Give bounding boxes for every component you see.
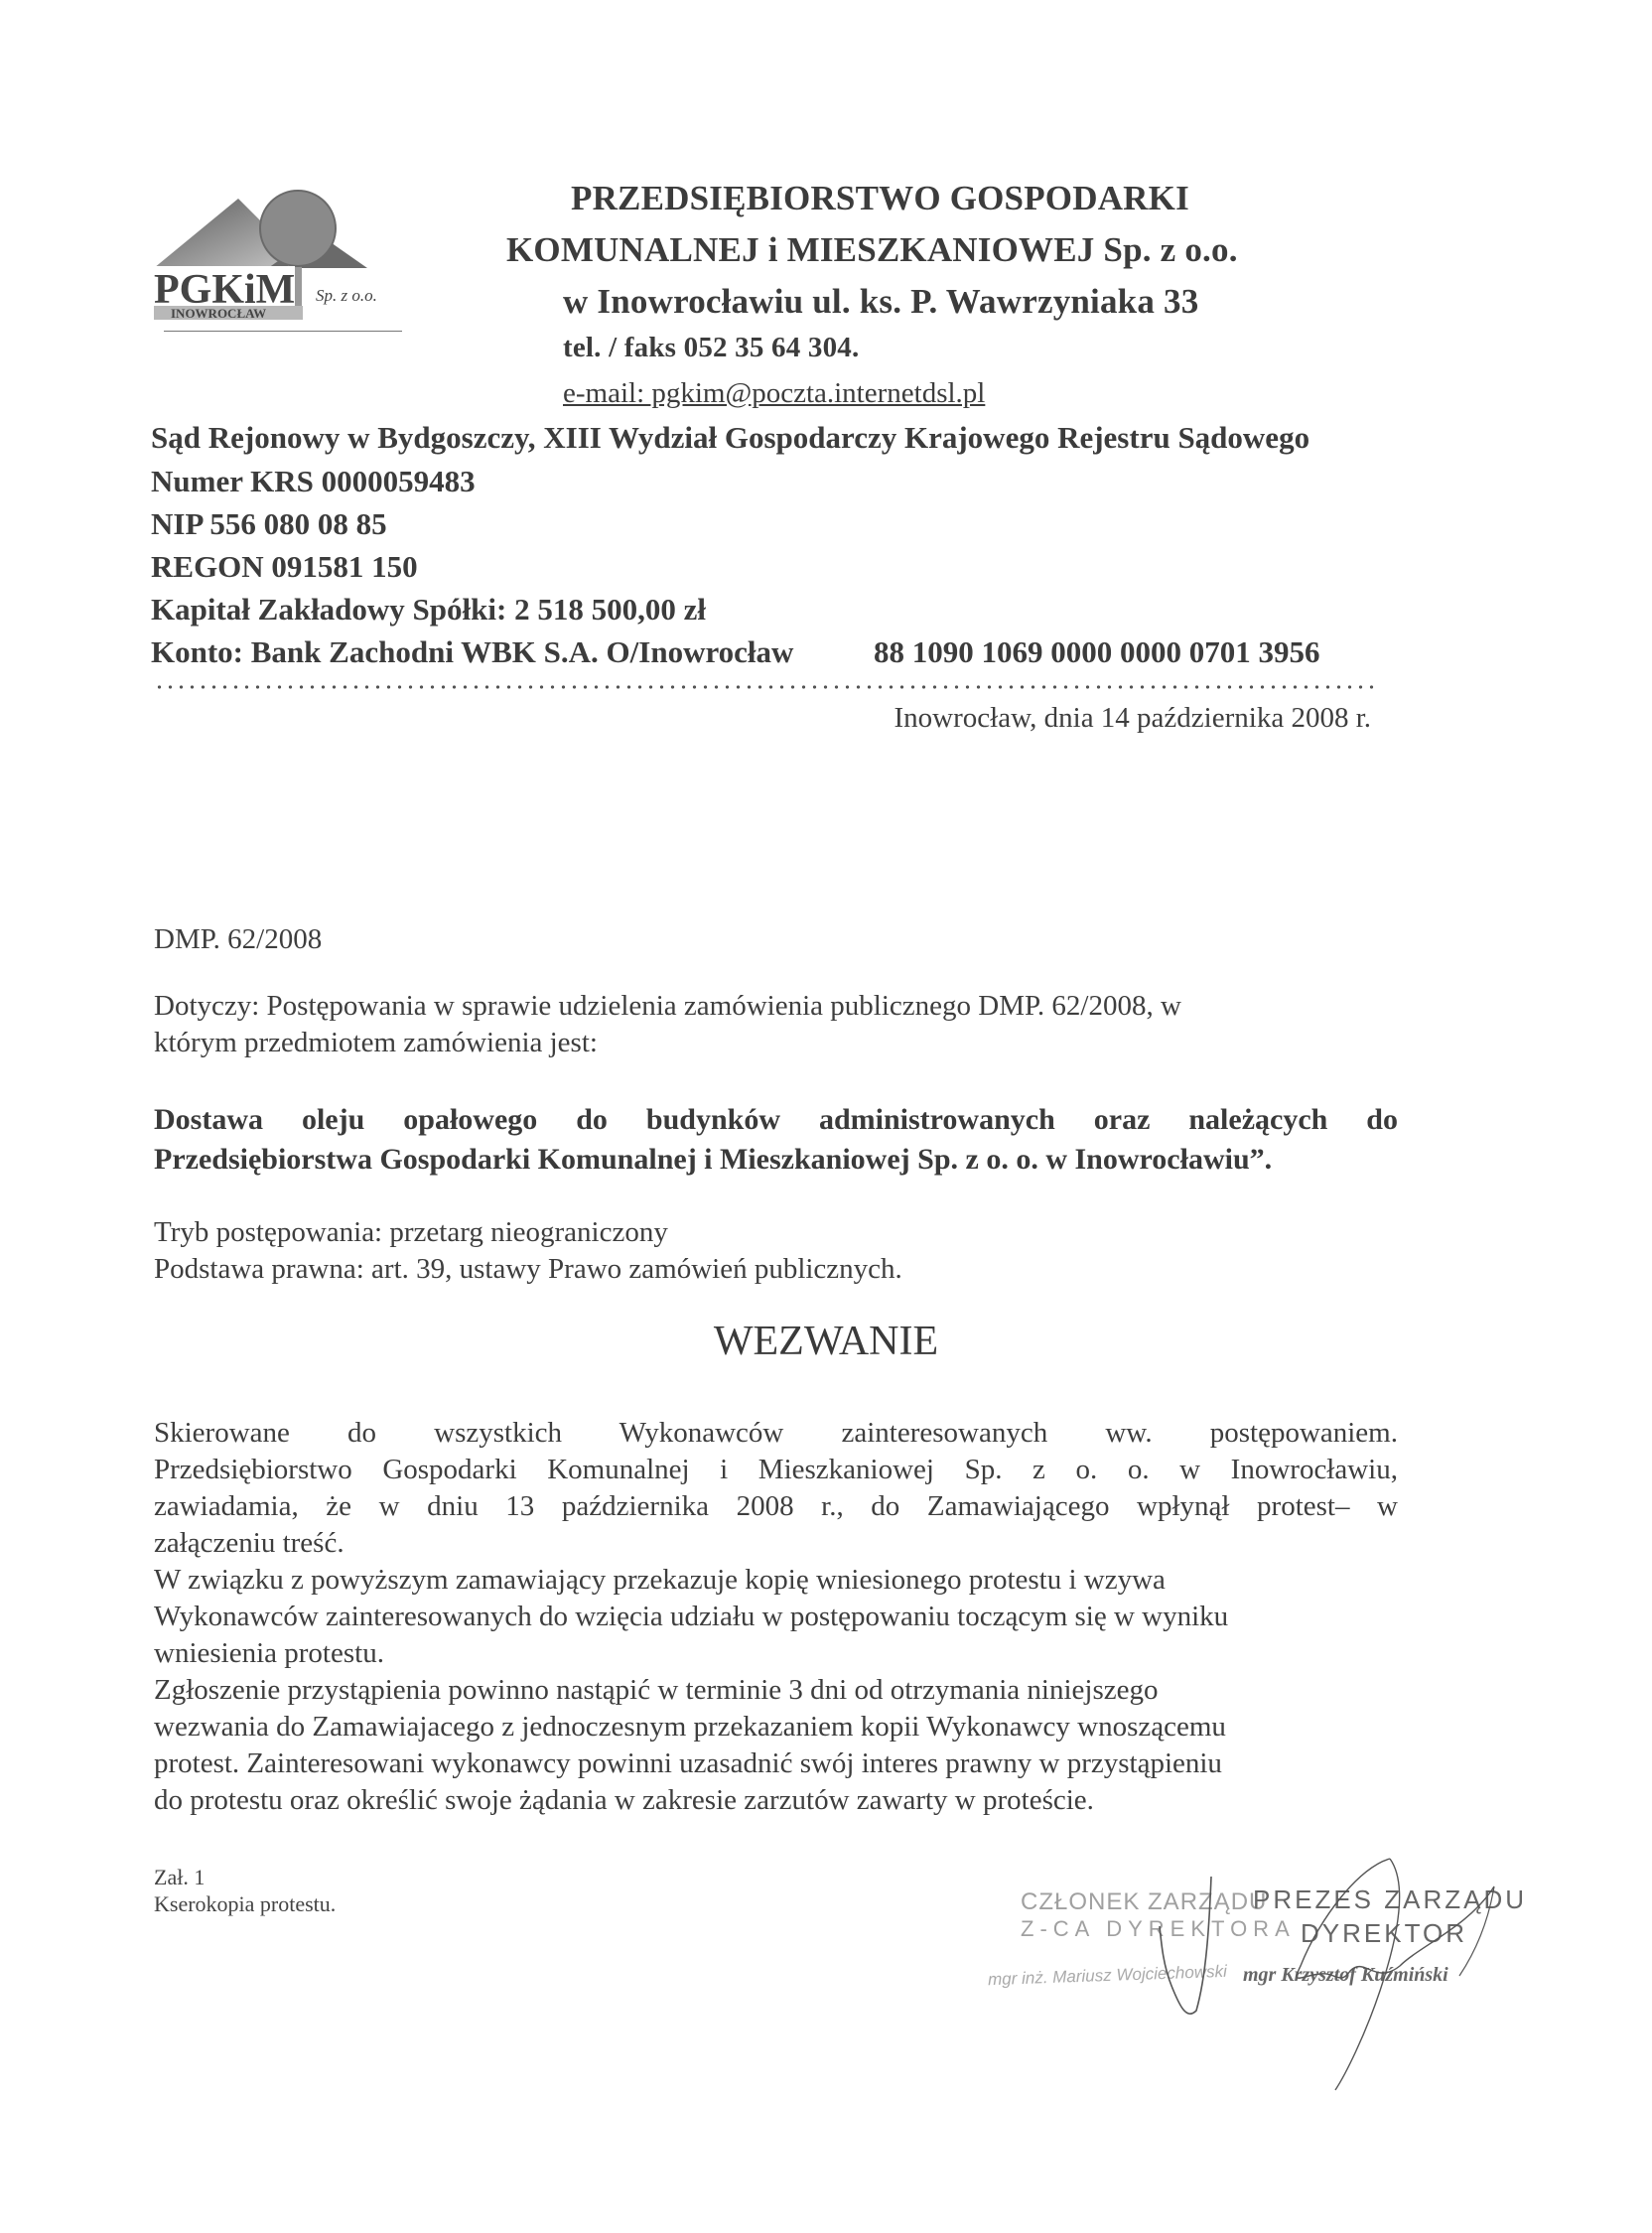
reference-number: DMP. 62/2008 (154, 923, 322, 956)
company-name-line1: PRZEDSIĘBIORSTWO GOSPODARKI (571, 179, 1189, 218)
body-p2-line3: wniesienia protestu. (154, 1637, 384, 1670)
order-title-line1: Dostawa oleju opałowego do budynków admi… (154, 1103, 1398, 1137)
place-date: Inowrocław, dnia 14 października 2008 r. (895, 702, 1371, 735)
body-p3-line2: wezwania do Zamawiajacego z jednoczesnym… (154, 1711, 1226, 1744)
body-p1-line2: Przedsiębiorstwo Gospodarki Komunalnej i… (154, 1454, 1398, 1486)
logo-underline (164, 331, 402, 332)
body-p3-line4: do protestu oraz określić swoje żądania … (154, 1784, 1094, 1817)
company-address: w Inowrocławiu ul. ks. P. Wawrzyniaka 33 (563, 282, 1198, 322)
company-logo: PGKiM INOWROCŁAW Sp. z o.o. (149, 179, 407, 338)
company-name-line2: KOMUNALNEJ i MIESZKANIOWEJ Sp. z o.o. (506, 230, 1238, 270)
body-p1-line4: załączeniu treść. (154, 1527, 344, 1560)
subject-line2: którym przedmiotem zamówienia jest: (154, 1027, 598, 1059)
document-heading: WEZWANIE (0, 1318, 1652, 1365)
handwritten-signature-icon (993, 1827, 1588, 2095)
registry-regon: REGON 091581 150 (151, 549, 418, 585)
registry-bank: Konto: Bank Zachodni WBK S.A. O/Inowrocł… (151, 634, 793, 670)
signature-block: CZŁONEK ZARZĄDU Z-CA DYREKTORA mgr inż. … (993, 1827, 1588, 2095)
registry-capital: Kapitał Zakładowy Spółki: 2 518 500,00 z… (151, 592, 706, 628)
body-p3-line1: Zgłoszenie przystąpienia powinno nastąpi… (154, 1674, 1159, 1707)
registry-nip: NIP 556 080 08 85 (151, 506, 387, 542)
body-p1-line1: Skierowane do wszystkich Wykonawców zain… (154, 1417, 1398, 1450)
registry-krs: Numer KRS 0000059483 (151, 464, 476, 499)
body-p2-line2: Wykonawców zainteresowanych do wzięcia u… (154, 1601, 1228, 1633)
procedure-legal-basis: Podstawa prawna: art. 39, ustawy Prawo z… (154, 1253, 902, 1286)
body-p1-line3: zawiadamia, że w dniu 13 października 20… (154, 1490, 1398, 1523)
logo-city: INOWROCŁAW (171, 306, 266, 322)
registry-account-number: 88 1090 1069 0000 0000 0701 3956 (874, 634, 1320, 670)
procedure-mode: Tryb postępowania: przetarg nieograniczo… (154, 1216, 668, 1249)
body-p3-line3: protest. Zainteresowani wykonawcy powinn… (154, 1747, 1222, 1780)
registry-court: Sąd Rejonowy w Bydgoszczy, XIII Wydział … (151, 420, 1309, 456)
company-email-link[interactable]: e-mail: pgkim@poczta.internetdsl.pl (563, 377, 985, 410)
separator-dotted-line (154, 685, 1375, 689)
body-p2-line1: W związku z powyższym zamawiający przeka… (154, 1564, 1166, 1597)
attachment-label: Zał. 1 (154, 1865, 205, 1890)
company-phone: tel. / faks 052 35 64 304. (563, 332, 859, 364)
attachment-item: Kserokopia protestu. (154, 1891, 336, 1917)
logo-suffix: Sp. z o.o. (316, 286, 377, 306)
order-title-line2: Przedsiębiorstwa Gospodarki Komunalnej i… (154, 1143, 1272, 1177)
subject-line1: Dotyczy: Postępowania w sprawie udzielen… (154, 990, 1181, 1023)
